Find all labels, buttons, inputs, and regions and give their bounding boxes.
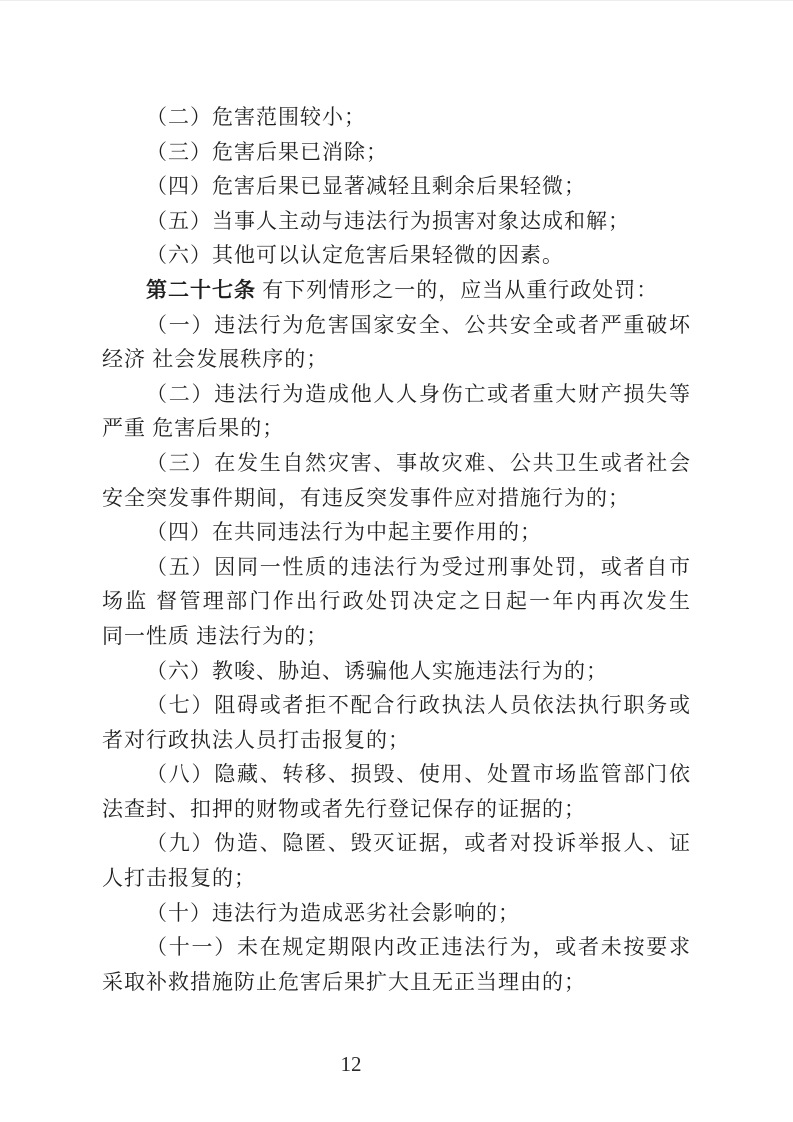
- text-line: （五）因同一性质的违法行为受过刑事处罚，或者自市: [102, 550, 691, 585]
- text-line: （三）在发生自然灾害、事故灾难、公共卫生或者社会: [102, 446, 691, 481]
- text-line: （十）违法行为造成恶劣社会影响的；: [102, 896, 691, 931]
- text-line: 法查封、扣押的财物或者先行登记保存的证据的；: [102, 792, 691, 827]
- text-line: 安全突发事件期间，有违反突发事件应对措施行为的；: [102, 481, 691, 516]
- text-line: （一）违法行为危害国家安全、公共安全或者严重破坏: [102, 308, 691, 343]
- text-line: （二）危害范围较小；: [102, 100, 691, 135]
- text-line: （九）伪造、隐匿、毁灭证据，或者对投诉举报人、证: [102, 826, 691, 861]
- page-number: 12: [336, 1049, 366, 1079]
- text-line: 严重 危害后果的；: [102, 411, 691, 446]
- text-line: 同一性质 违法行为的；: [102, 619, 691, 654]
- text-line: （八）隐藏、转移、损毁、使用、处置市场监管部门依: [102, 757, 691, 792]
- text-line: 采取补救措施防止危害后果扩大且无正当理由的；: [102, 965, 691, 1000]
- text-line: （七）阻碍或者拒不配合行政执法人员依法执行职务或: [102, 688, 691, 723]
- text-line: （五）当事人主动与违法行为损害对象达成和解；: [102, 204, 691, 239]
- text-line: 人打击报复的；: [102, 861, 691, 896]
- text-line: （四）危害后果已显著减轻且剩余后果轻微；: [102, 169, 691, 204]
- text-line: 场监 督管理部门作出行政处罚决定之日起一年内再次发生: [102, 584, 691, 619]
- text-line: （二）违法行为造成他人人身伤亡或者重大财产损失等: [102, 377, 691, 412]
- text-line: （三）危害后果已消除；: [102, 135, 691, 170]
- article-heading-text: 有下列情形之一的，应当从重行政处罚：: [256, 278, 658, 302]
- article-number: 第二十七条: [146, 278, 256, 302]
- text-line: 经济 社会发展秩序的；: [102, 342, 691, 377]
- text-line: （六）其他可以认定危害后果轻微的因素。: [102, 238, 691, 273]
- text-line: （六）教唆、胁迫、诱骗他人实施违法行为的；: [102, 654, 691, 689]
- text-line: 者对行政执法人员打击报复的；: [102, 723, 691, 758]
- document-page: （二）危害范围较小； （三）危害后果已消除； （四）危害后果已显著减轻且剩余后果…: [0, 0, 793, 1122]
- text-line: （四）在共同违法行为中起主要作用的；: [102, 515, 691, 550]
- article-heading-line: 第二十七条 有下列情形之一的，应当从重行政处罚：: [102, 273, 691, 308]
- document-body: （二）危害范围较小； （三）危害后果已消除； （四）危害后果已显著减轻且剩余后果…: [102, 100, 691, 999]
- text-line: （十一）未在规定期限内改正违法行为，或者未按要求: [102, 930, 691, 965]
